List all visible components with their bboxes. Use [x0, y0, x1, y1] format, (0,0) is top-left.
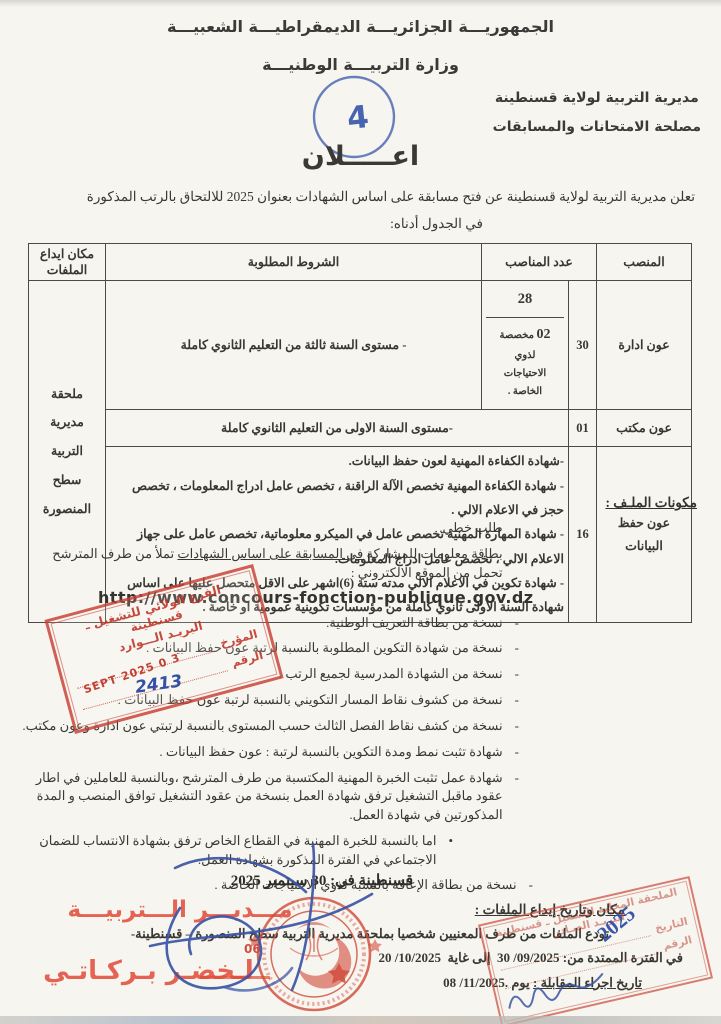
info-card-underlined: في المسابقة على اساس الشهادات [177, 546, 363, 561]
deposit-place-line2: التربية [33, 437, 101, 466]
list-item-text: اما بالنسبة للخبرة المهنية في القطاع الخ… [22, 832, 436, 870]
stamp-date-label: المؤرخ [219, 627, 259, 650]
dash-marker: - [515, 743, 519, 762]
intro-line1: تعلن مديرية التربية لولاية قسنطينة عن فت… [22, 183, 695, 210]
total-cell: 01 [569, 410, 597, 447]
conditions-cell: -مستوى السنة الاولى من التعليم الثانوي ك… [105, 410, 568, 447]
table-header-row: المنصب عدد المناصب الشروط المطلوبة مكان … [28, 244, 691, 281]
list-item: - طلب خطي. [22, 519, 697, 538]
list-item-text: نسخة من الشهادة المدرسية لجميع الرتب . [279, 665, 503, 684]
condition-line: -شهادة الكفاءة المهنية لعون حفظ البيانات… [110, 449, 564, 473]
dash-marker: - [515, 545, 519, 583]
list-item: - شهادة عمل تثبت الخبرة المهنية المكتسبة… [22, 769, 697, 826]
list-item-text: شهادة عمل تثبت الخبرة المهنية المكتسبة م… [22, 769, 503, 826]
service-line: مصلحة الامتحانات والمسابقات [493, 113, 701, 142]
deposit-place-line1: ملحقة مديرية [33, 380, 101, 438]
col-header-place: مكان ايداع الملفات [28, 244, 105, 281]
list-item-text: شهادة تثبت نمط ومدة التكوين بالنسبة لرتب… [159, 743, 502, 762]
dash-marker: - [515, 691, 519, 710]
directorate-line: مديرية التربية لولاية قسنطينة [493, 84, 701, 113]
scan-bottom-edge [0, 1016, 721, 1024]
count-reserved-text2: الاحتياجات الخاصة . [504, 368, 546, 397]
dash-marker: - [515, 717, 519, 736]
official-round-emblem-stamp-icon [238, 890, 388, 1022]
director-name-stamp: لـخضـر بـركـاتـي [36, 956, 261, 986]
count-split-cell: 28 02 مخصصة لذوي الاحتياجات الخاصة . [481, 281, 568, 410]
list-item-text: نسخة من بطاقة التعريف الوطنية. [326, 614, 503, 633]
intro-line2: في الجدول أدناه: [22, 210, 695, 237]
dash-marker: - [515, 665, 519, 684]
directorate-block: مديرية التربية لولاية قسنطينة مصلحة الام… [493, 84, 701, 141]
city-and-date-line: قسنطينة في: 30 سبتمبر 2025 [231, 871, 413, 890]
list-item: - شهادة تثبت نمط ومدة التكوين بالنسبة لر… [22, 743, 697, 762]
circle-stamp-number: 4 [345, 99, 370, 137]
list-item: • اما بالنسبة للخبرة المهنية في القطاع ا… [22, 832, 697, 870]
count-ordinary: 28 [486, 283, 564, 318]
position-cell: عون ادارة [597, 281, 692, 410]
dash-marker: - [515, 769, 519, 826]
conditions-cell: - مستوى السنة ثالثة من التعليم الثانوي ك… [105, 281, 481, 410]
count-reserved-text1: مخصصة لذوي [499, 330, 535, 361]
dash-marker: - [515, 639, 519, 658]
bullet-marker: • [448, 832, 453, 870]
list-item-text: طلب خطي. [439, 519, 502, 538]
stamp-number-label: الرقم [662, 934, 693, 952]
stamp-number-label: الرقم [230, 648, 265, 670]
total-cell: 30 [569, 281, 597, 410]
circle-stamp-arc-text: مصلحة الامتحانات [304, 64, 308, 67]
info-card-prefix: بطاقة معلومات للمشاركة [363, 546, 502, 561]
list-item: - بطاقة معلومات للمشاركة في المسابقة على… [22, 545, 697, 583]
scan-top-edge [0, 0, 721, 7]
scanned-announcement-document: الجمهوريـــة الجزائريـــة الديمقراطيـــة… [0, 0, 721, 1024]
position-cell: عون مكتب [597, 410, 692, 447]
announcement-title: اعـــــلان [0, 141, 721, 172]
count-reserved-number: 02 [537, 327, 551, 342]
col-header-conditions: الشروط المطلوبة [105, 244, 481, 281]
dash-marker: - [529, 876, 533, 895]
file-components-heading: مكونات الملـف : [22, 495, 697, 511]
intro-paragraph: تعلن مديرية التربية لولاية قسنطينة عن فت… [22, 183, 695, 237]
dash-marker: - [515, 519, 519, 538]
table-row: عون ادارة 30 28 02 مخصصة لذوي الاحتياجات… [28, 281, 691, 410]
stamp-date-label: التاريخ [654, 916, 689, 935]
republic-header: الجمهوريـــة الجزائريـــة الديمقراطيـــة… [0, 17, 721, 36]
dash-marker: - [515, 614, 519, 633]
col-header-position: المنصب [597, 244, 692, 281]
list-item-text: بطاقة معلومات للمشاركة في المسابقة على ا… [22, 545, 503, 583]
col-header-count: عدد المناصب [481, 244, 596, 281]
svg-text:مصلحة الامتحانات: مصلحة الامتحانات [304, 64, 308, 67]
count-reserved: 02 مخصصة لذوي الاحتياجات الخاصة . [486, 318, 564, 407]
table-row: عون مكتب 01 -مستوى السنة الاولى من التعل… [28, 410, 691, 447]
